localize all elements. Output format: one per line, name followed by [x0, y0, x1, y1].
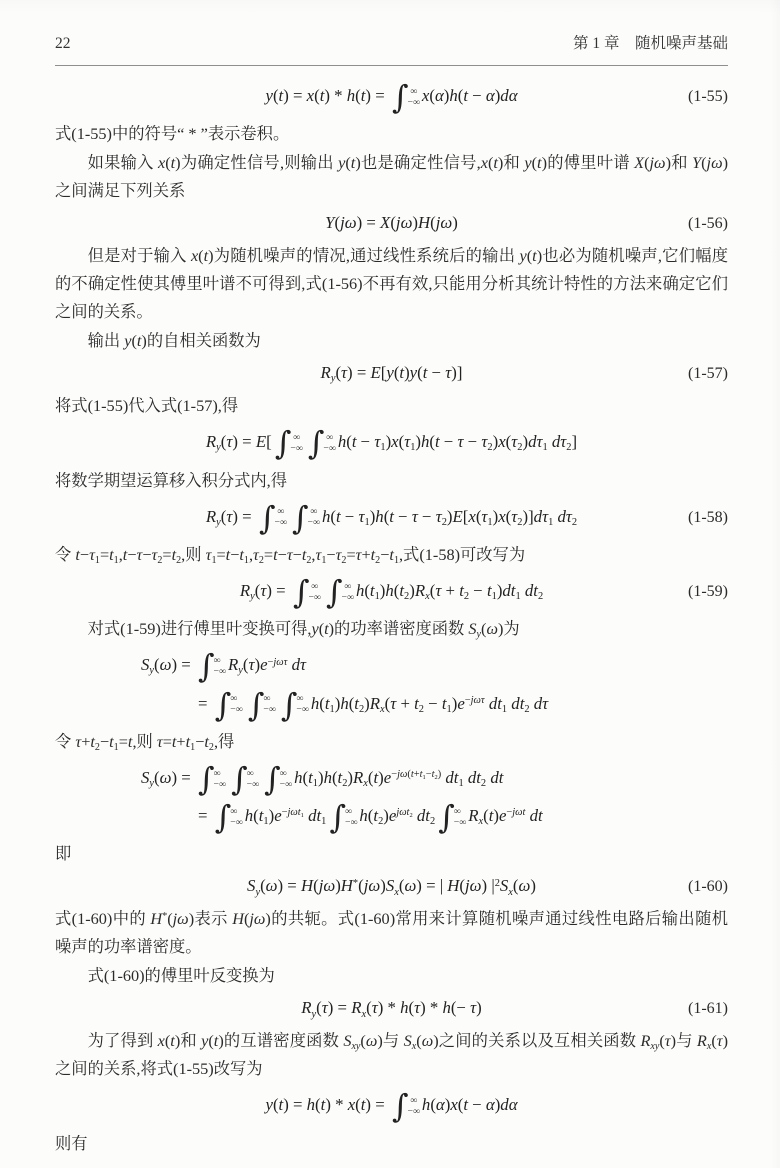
textbook-page: 22 第 1 章 随机噪声基础 y(t) = x(t) * h(t) = ∫∞−… [0, 0, 780, 1168]
paragraph-then-have: 则有 [55, 1130, 728, 1158]
equation-number: (1-59) [688, 582, 728, 602]
paragraph-autocorrelation-intro: 输出 y(t)的自相关函数为 [55, 327, 728, 355]
chapter-title: 第 1 章 随机噪声基础 [573, 34, 728, 54]
equation-math: Y(jω) = X(jω)H(jω) [325, 213, 458, 234]
equation-sy-line4: = ∫∞−∞h(t1)e−jωt1 dt1∫∞−∞h(t2)ejωt2 dt2∫… [55, 802, 728, 832]
equation-math: Sy(ω) = ∫∞−∞∫∞−∞∫∞−∞h(t1)h(t2)Rx(t)e−jω(… [141, 764, 503, 794]
equation-number: (1-58) [688, 508, 728, 528]
paragraph-fourier-transform: 对式(1-59)进行傅里叶变换可得,y(t)的功率谱密度函数 Sy(ω)为 [55, 615, 728, 643]
equation-math: Ry(τ) = E[y(t)y(t − τ)] [321, 363, 463, 384]
equation-yt-rewritten: y(t) = h(t) * x(t) = ∫∞−∞h(α)x(t − α)dα [55, 1091, 728, 1121]
equation-math: Ry(τ) = E[∫∞−∞∫∞−∞h(t − τ1)x(τ1)h(t − τ … [206, 428, 577, 458]
equation-sy-line2: = ∫∞−∞∫∞−∞∫∞−∞h(t1)h(t2)Rx(τ + t2 − t1)e… [55, 690, 728, 720]
paragraph-conjugate-note: 式(1-60)中的 H*(jω)表示 H(jω)的共轭。式(1-60)常用来计算… [55, 905, 728, 961]
equation-number: (1-55) [688, 87, 728, 107]
paragraph-deterministic-input: 如果输入 x(t)为确定性信号,则输出 y(t)也是确定性信号,x(t)和 y(… [55, 149, 728, 205]
equation-math: Sy(ω) = H(jω)H*(jω)Sx(ω) = | H(jω) |2Sx(… [247, 876, 536, 897]
equation-math: = ∫∞−∞∫∞−∞∫∞−∞h(t1)h(t2)Rx(τ + t2 − t1)e… [198, 690, 548, 720]
equation-ry-expectation: Ry(τ) = E[∫∞−∞∫∞−∞h(t − τ1)x(τ1)h(t − τ … [55, 428, 728, 458]
paragraph-convolution-note: 式(1-55)中的符号“ * ”表示卷积。 [55, 120, 728, 148]
paragraph-substitute: 将式(1-55)代入式(1-57),得 [55, 392, 728, 420]
equation-math: Ry(τ) = Rx(τ) * h(τ) * h(− τ) [301, 998, 481, 1019]
equation-math: Ry(τ) = ∫∞−∞∫∞−∞h(t1)h(t2)Rx(τ + t2 − t1… [240, 577, 543, 607]
page-header: 22 第 1 章 随机噪声基础 [55, 34, 728, 54]
equation-math: Sy(ω) = ∫∞−∞Ry(τ)e−jωτ dτ [141, 651, 306, 681]
equation-1-59: Ry(τ) = ∫∞−∞∫∞−∞h(t1)h(t2)Rx(τ + t2 − t1… [55, 577, 728, 607]
paragraph-random-noise-case: 但是对于输入 x(t)为随机噪声的情况,通过线性系统后的输出 y(t)也必为随机… [55, 242, 728, 326]
paragraph-variable-substitution-1: 令 t−τ1=t1,t−τ−τ2=t2,则 τ1=t−t1,τ2=t−τ−t2,… [55, 541, 728, 569]
header-rule [55, 65, 728, 66]
equation-1-58: Ry(τ) = ∫∞−∞∫∞−∞h(t − τ1)h(t − τ − τ2)E[… [55, 503, 728, 533]
equation-math: y(t) = x(t) * h(t) = ∫∞−∞x(α)h(t − α)dα [265, 82, 517, 112]
equation-1-57: Ry(τ) = E[y(t)y(t − τ)] (1-57) [55, 363, 728, 384]
equation-sy-line3: Sy(ω) = ∫∞−∞∫∞−∞∫∞−∞h(t1)h(t2)Rx(t)e−jω(… [55, 764, 728, 794]
paragraph-variable-substitution-2: 令 τ+t2−t1=t,则 τ=t+t1−t2,得 [55, 728, 728, 756]
paragraph-cross-spectral: 为了得到 x(t)和 y(t)的互谱密度函数 Sxy(ω)与 Sx(ω)之间的关… [55, 1027, 728, 1083]
equation-sy-line1: Sy(ω) = ∫∞−∞Ry(τ)e−jωτ dτ [55, 651, 728, 681]
paragraph-inverse-transform: 式(1-60)的傅里叶反变换为 [55, 962, 728, 990]
equation-number: (1-57) [688, 364, 728, 384]
paragraph-namely: 即 [55, 840, 728, 868]
equation-math: Ry(τ) = ∫∞−∞∫∞−∞h(t − τ1)h(t − τ − τ2)E[… [206, 503, 577, 533]
equation-number: (1-60) [688, 877, 728, 897]
equation-math: = ∫∞−∞h(t1)e−jωt1 dt1∫∞−∞h(t2)ejωt2 dt2∫… [198, 802, 543, 832]
page-number: 22 [55, 34, 71, 54]
equation-1-56: Y(jω) = X(jω)H(jω) (1-56) [55, 213, 728, 234]
equation-math: y(t) = h(t) * x(t) = ∫∞−∞h(α)x(t − α)dα [265, 1091, 517, 1121]
equation-number: (1-56) [688, 214, 728, 234]
equation-1-60: Sy(ω) = H(jω)H*(jω)Sx(ω) = | H(jω) |2Sx(… [55, 876, 728, 897]
equation-number: (1-61) [688, 999, 728, 1019]
equation-1-61: Ry(τ) = Rx(τ) * h(τ) * h(− τ) (1-61) [55, 998, 728, 1019]
paragraph-move-expectation: 将数学期望运算移入积分式内,得 [55, 467, 728, 495]
equation-1-55: y(t) = x(t) * h(t) = ∫∞−∞x(α)h(t − α)dα … [55, 82, 728, 112]
